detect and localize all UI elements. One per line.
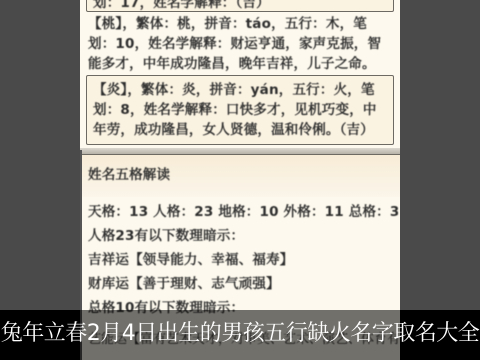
previous-entry-text: 划：17，姓名学解释：（吉） [93,0,387,13]
caption-title: 兔年立春2月4日出生的男孩五行缺火名字取名大全 [0,310,480,360]
wuge-content: 天格：13 人格：23 地格：10 外格：11 总格：33 人格23有以下数理暗… [88,200,398,320]
section-divider [80,148,400,155]
section-header: 姓名五格解读 [80,155,400,197]
char-entry-2-box: 【炎】，繁体：炎，拼音：yán，五行：火，笔划：8，姓名学解释：口快多才，见机巧… [86,75,394,145]
char-entry-text: 【炎】，繁体：炎，拼音：yán，五行：火，笔划：8，姓名学解释：口快多才，见机巧… [93,80,387,140]
renge-item-2: 财库运【善于理财、志气顽强】 [88,272,398,296]
wuge-values: 天格：13 人格：23 地格：10 外格：11 总格：33 [88,200,398,224]
section-title: 姓名五格解读 [88,165,394,185]
document-page: 划：17，姓名学解释：（吉） 【桃】，繁体：桃，拼音：táo，五行：木，笔划：1… [80,0,400,360]
previous-char-entry-box: 划：17，姓名学解释：（吉） [86,0,394,12]
renge-intro: 人格23有以下数理暗示： [88,224,398,248]
renge-item-1: 吉祥运【领导能力、幸福、福寿】 [88,248,398,272]
